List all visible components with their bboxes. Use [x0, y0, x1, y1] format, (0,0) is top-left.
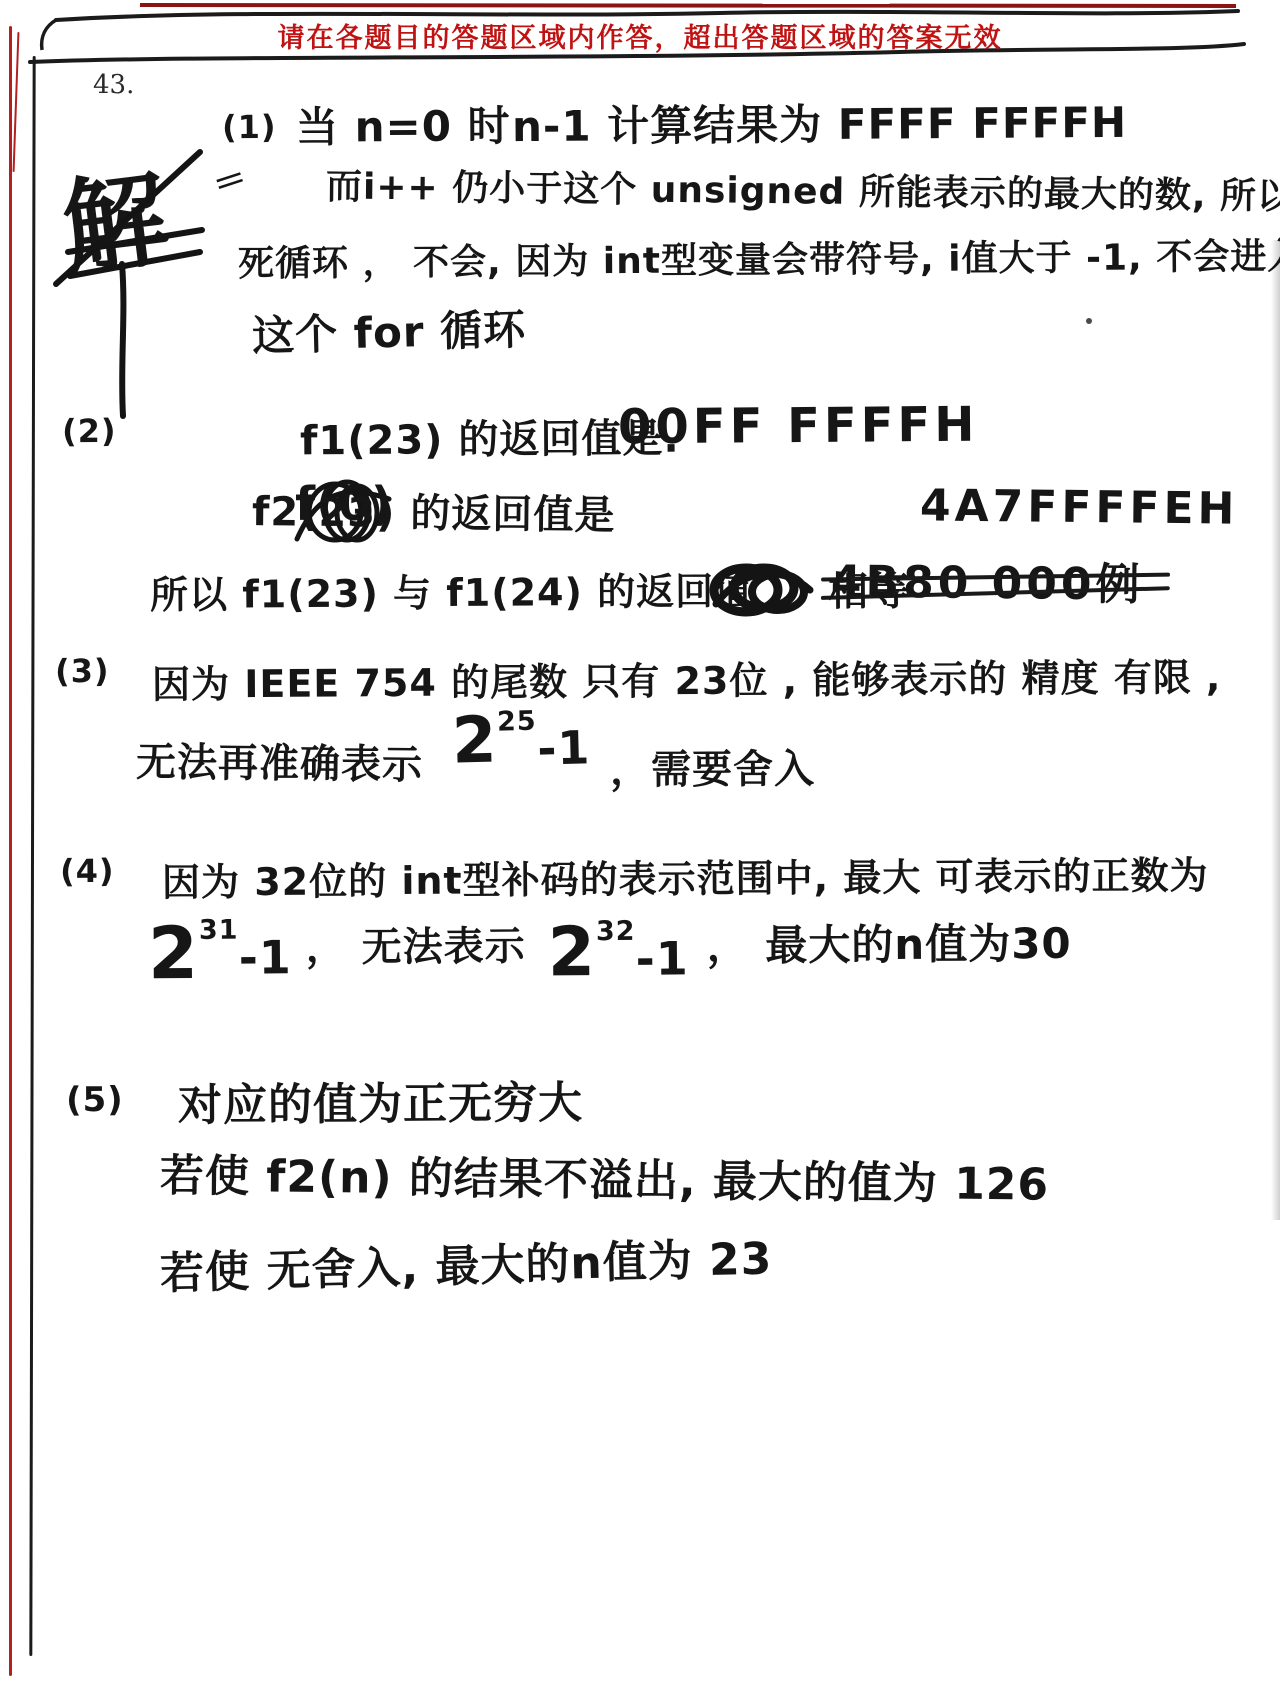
answer-1-line1a: 当 n=0 时	[296, 93, 511, 154]
answer-3-line1: 因为 IEEE 754 的尾数 只有 23位 , 能够表示的 精度 有限 ,	[152, 646, 1222, 708]
solution-marker-text: 解	[53, 134, 176, 296]
solution-marker: 解 ＝	[62, 140, 167, 290]
formula-tail: -1	[239, 930, 292, 984]
formula-tail: -1	[635, 931, 688, 985]
answer-2-line2-value: 4A7FFFFEH	[920, 480, 1239, 534]
answer-5-label: (5)	[66, 1080, 124, 1120]
stray-pen-dot	[1086, 318, 1092, 324]
answer-1-line2: 而i++ 仍小于这个 unsigned 所能表示的最大的数, 所以会陷入	[326, 158, 1280, 220]
answer-5-line3: 若使 无舍入, 最大的n值为 23	[159, 1223, 773, 1302]
answer-5-line1: 对应的值为正无穷大	[178, 1067, 583, 1134]
answer-1-line3: 死循环 ， 不会, 因为 int型变量会带符号, i值大于 -1, 不会进入	[238, 228, 1280, 286]
page-edge-shadow	[1271, 240, 1280, 1220]
formula-exponent: 31	[199, 915, 239, 946]
answer-4-label: (4)	[60, 852, 115, 890]
answer-sheet-page: 请在各题目的答题区域内作答，超出答题区域的答案无效 43. 解 ＝ (1) 当 …	[0, 0, 1280, 1681]
answer-3-line2a: 无法再准确表示	[136, 730, 424, 790]
answer-4-line2: 2 31 -1 ， 无法表示 2 32 -1 ， 最大的n值为30	[148, 915, 1072, 991]
answer-box-left-border	[29, 56, 35, 1656]
answer-4-formula-1: 2 31 -1	[148, 920, 292, 986]
answer-4-tail-text: ， 最大的n值为30	[706, 911, 1071, 974]
formula-base: 2	[451, 713, 498, 772]
formula-exponent: 25	[497, 706, 537, 738]
scribble-blob	[706, 560, 816, 622]
formula-tail: -1	[537, 720, 591, 775]
answer-2-label: (2)	[62, 412, 117, 450]
formula-base: 2	[148, 921, 200, 986]
answer-2-line3a: 所以 f1(23) 与 f1(24) 的返回值	[150, 560, 753, 619]
answer-4-line1: 因为 32位的 int型补码的表示范围中, 最大 可表示的正数为	[162, 844, 1209, 906]
answer-2-line1-value: 00FF FFFFH	[618, 397, 979, 456]
answer-4-formula-2: 2 32 -1	[548, 921, 689, 983]
formula-base: 2	[548, 922, 597, 984]
answer-3-label: (3)	[55, 652, 110, 690]
answer-1-line1b: n-1 计算结果为 FFFF FFFFH	[512, 90, 1128, 154]
answer-1-label: (1)	[222, 108, 277, 146]
answer-2-line2a: f2(23) 的返回值是	[252, 480, 616, 541]
answer-3-line2b: ，需要舍入	[610, 737, 815, 795]
solution-marker-colon: ＝	[205, 150, 253, 207]
question-number: 43.	[93, 70, 134, 100]
answer-2-line3b: 相等	[828, 560, 910, 618]
answer-3-formula: 2 25 -1	[451, 710, 591, 771]
answer-4-mid-text: ， 无法表示	[306, 915, 526, 974]
header-notice: 请在各题目的答题区域内作答，超出答题区域的答案无效	[0, 16, 1280, 55]
answer-5-line2: 若使 f2(n) 的结果不溢出, 最大的值为 126	[160, 1139, 1050, 1212]
answer-1-line4: 这个 for 循环	[251, 297, 526, 364]
formula-exponent: 32	[596, 916, 636, 947]
left-margin-red-line	[9, 26, 12, 1676]
